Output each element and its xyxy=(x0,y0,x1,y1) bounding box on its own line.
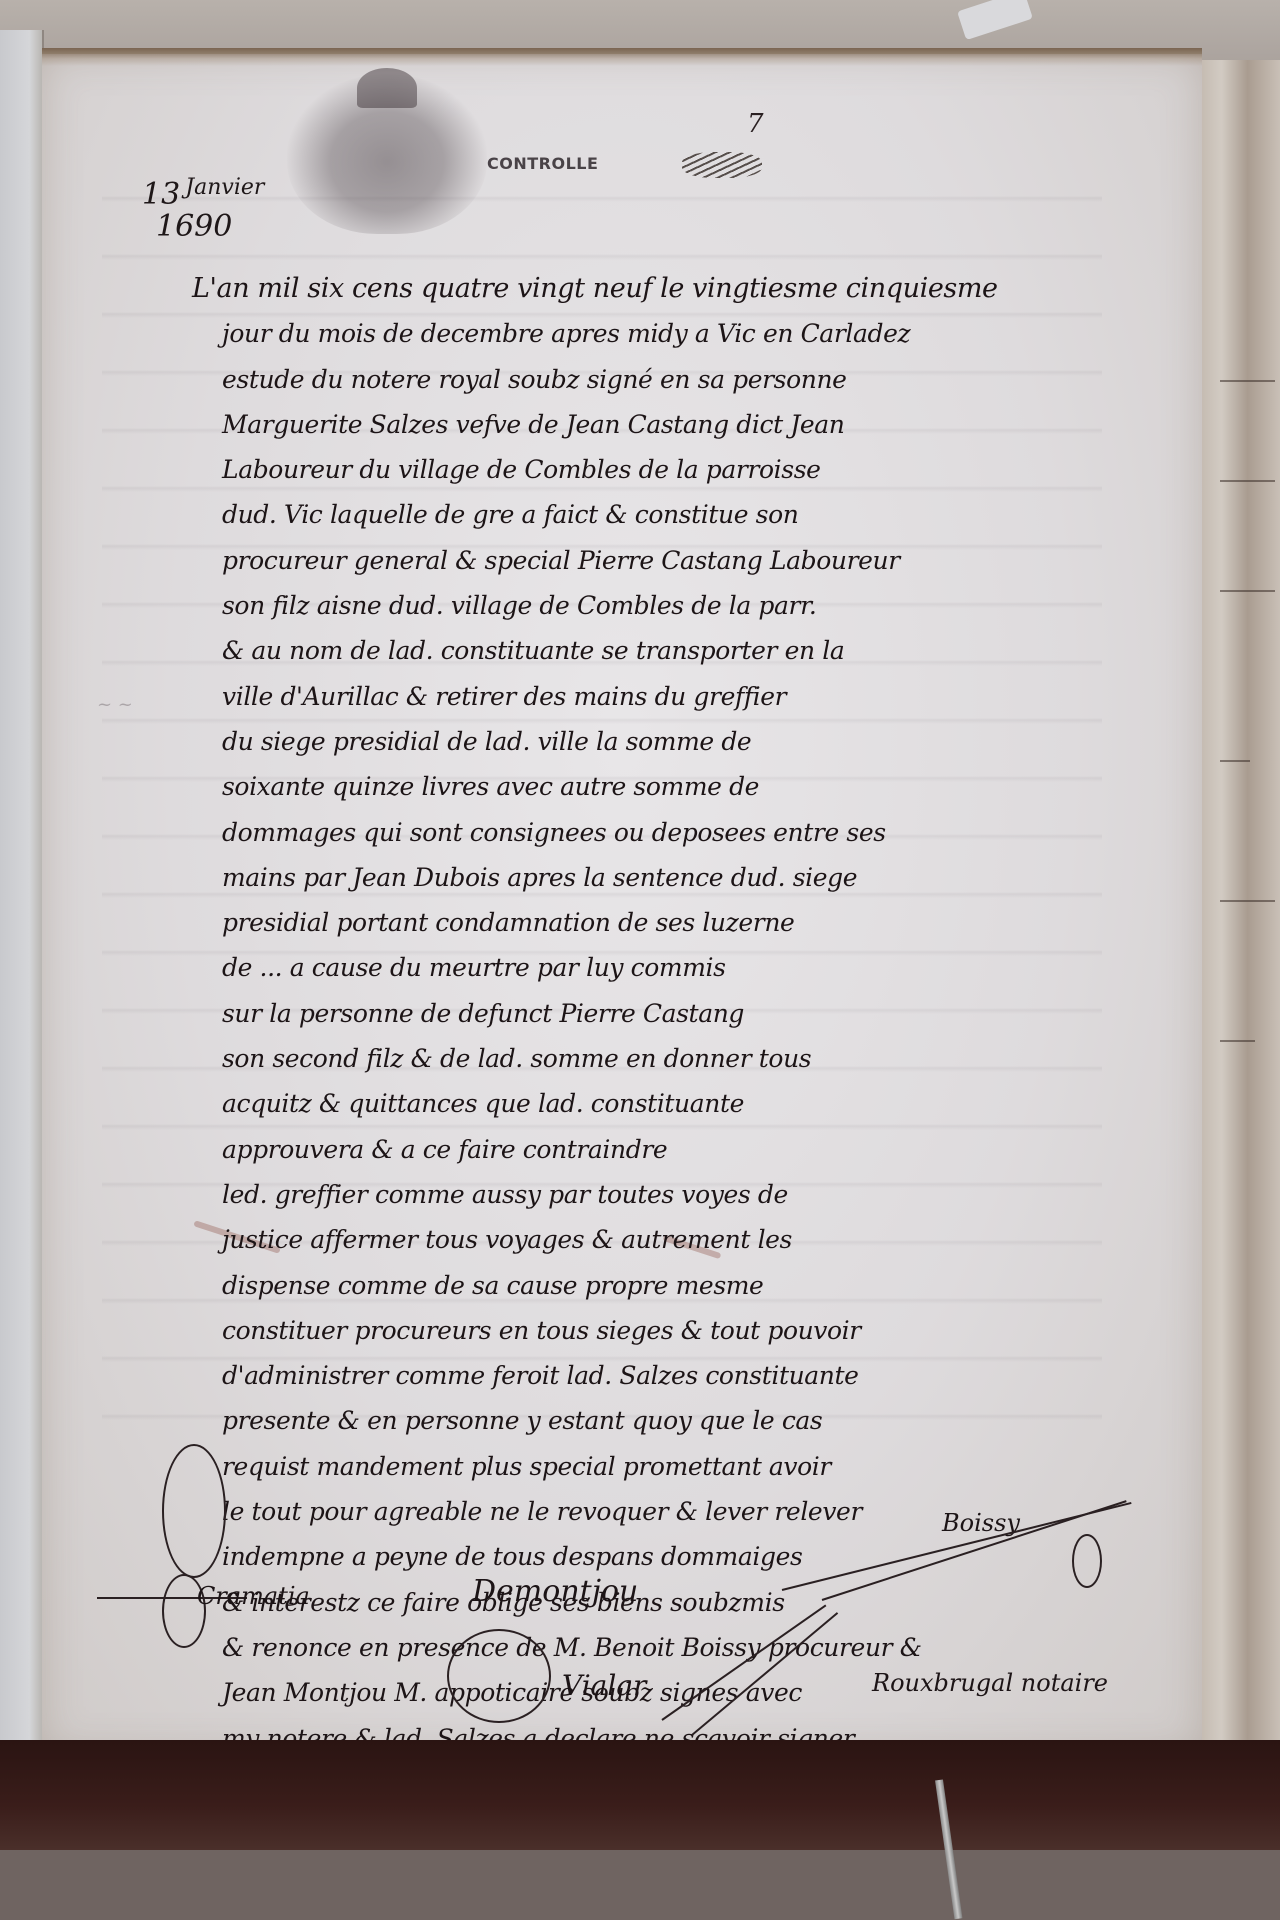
document-body: L'an mil six cens quatre vingt neuf le v… xyxy=(192,266,1212,1806)
text-line: Jean Montjou M. appoticaire soubz signes… xyxy=(192,1670,1212,1715)
text-line: approuvera & a ce faire contraindre xyxy=(192,1127,1212,1172)
text-line: dud. Vic laquelle de gre a faict & const… xyxy=(192,492,1212,537)
margin-date-day: 13 xyxy=(142,177,180,212)
text-line: presente & en personne y estant quoy que… xyxy=(192,1398,1212,1443)
text-line: acquitz & quittances que lad. constituan… xyxy=(192,1081,1212,1126)
margin-date: 13 Janvier 1690 xyxy=(142,179,264,242)
manuscript-page: CONTROLLE 7 13 Janvier 1690 ~ ~ L'an mil… xyxy=(42,48,1202,1762)
fiscal-stamp xyxy=(287,74,487,234)
text-line: soixante quinze livres avec autre somme … xyxy=(192,764,1212,809)
faint-margin-mark: ~ ~ xyxy=(97,694,133,715)
text-line: le tout pour agreable ne le revoquer & l… xyxy=(192,1489,1212,1534)
margin-date-month: Janvier xyxy=(185,175,264,200)
background-dark-shadow xyxy=(0,1740,1280,1850)
text-line: d'administrer comme feroit lad. Salzes c… xyxy=(192,1353,1212,1398)
text-line: & au nom de lad. constituante se transpo… xyxy=(192,628,1212,673)
text-line: led. greffier comme aussy par toutes voy… xyxy=(192,1172,1212,1217)
text-line: Marguerite Salzes vefve de Jean Castang … xyxy=(192,402,1212,447)
background-table xyxy=(0,1850,1280,1920)
text-line: son filz aisne dud. village de Combles d… xyxy=(192,583,1212,628)
text-line: & interestz ce faire oblige ses biens so… xyxy=(192,1580,1212,1625)
text-line: indempne a peyne de tous despans dommaig… xyxy=(192,1534,1212,1579)
text-line: dommages qui sont consignees ou deposees… xyxy=(192,810,1212,855)
text-line: jour du mois de decembre apres midy a Vi… xyxy=(192,311,1212,356)
text-line: procureur general & special Pierre Casta… xyxy=(192,538,1212,583)
margin-date-year: 1690 xyxy=(142,211,264,243)
text-line: Laboureur du village de Combles de la pa… xyxy=(192,447,1212,492)
text-line: dispense comme de sa cause propre mesme xyxy=(192,1263,1212,1308)
text-line: estude du notere royal soubz signé en sa… xyxy=(192,357,1212,402)
text-line: du siege presidial de lad. ville la somm… xyxy=(192,719,1212,764)
text-line: ville d'Aurillac & retirer des mains du … xyxy=(192,674,1212,719)
text-line: L'an mil six cens quatre vingt neuf le v… xyxy=(192,266,1212,311)
text-line: sur la personne de defunct Pierre Castan… xyxy=(192,991,1212,1036)
text-line: requist mandement plus special promettan… xyxy=(192,1444,1212,1489)
crown-icon xyxy=(357,68,417,108)
control-mark: CONTROLLE xyxy=(487,154,598,173)
text-line: son second filz & de lad. somme en donne… xyxy=(192,1036,1212,1081)
adjacent-page-flap xyxy=(0,30,44,1750)
text-line: de ... a cause du meurtre par luy commis xyxy=(192,945,1212,990)
text-line: mains par Jean Dubois apres la sentence … xyxy=(192,855,1212,900)
text-line: & renonce en presence de M. Benoit Boiss… xyxy=(192,1625,1212,1670)
text-line: constituer procureurs en tous sieges & t… xyxy=(192,1308,1212,1353)
text-line: presidial portant condamnation de ses lu… xyxy=(192,900,1212,945)
text-line: justice affermer tous voyages & autremen… xyxy=(192,1217,1212,1262)
ink-scribble xyxy=(682,152,762,178)
folio-number: 7 xyxy=(747,109,764,139)
